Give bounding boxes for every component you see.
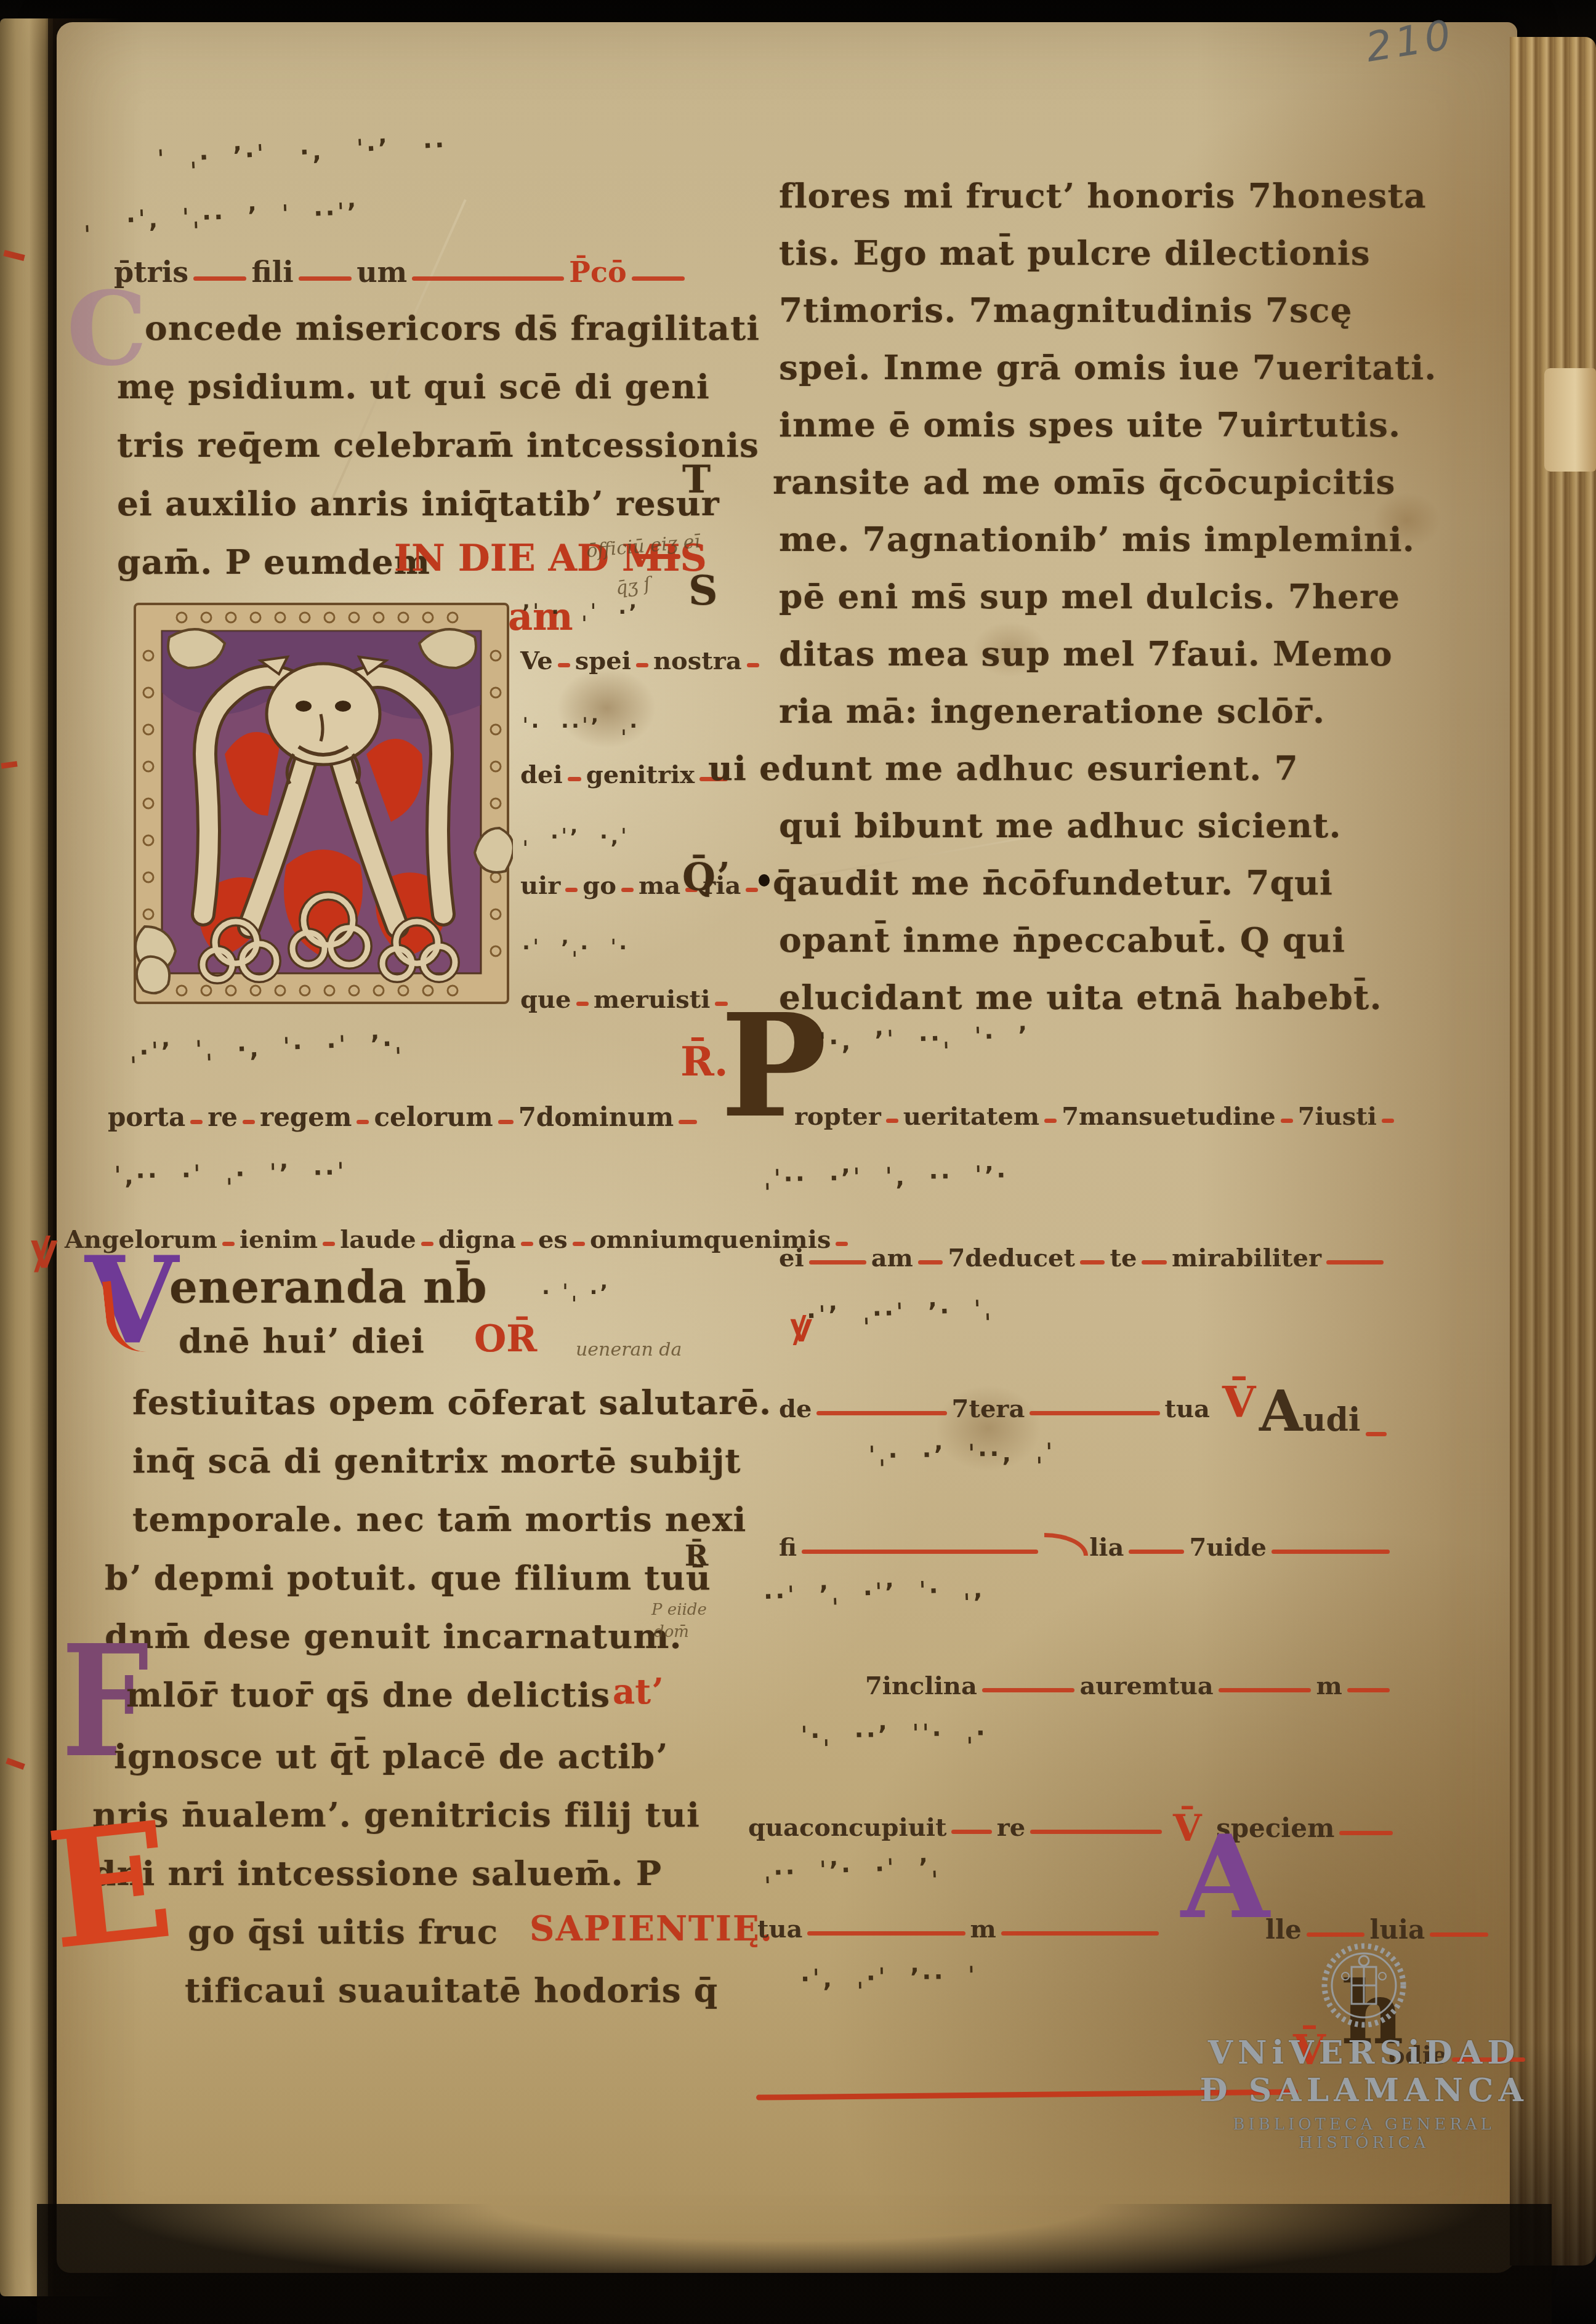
- lyric-word: ma: [639, 871, 680, 900]
- lyric-word: fi: [779, 1533, 797, 1562]
- text-line: elucidant me uita etnā habebt̄.: [779, 977, 1382, 1017]
- lyric-word: ienim: [240, 1225, 318, 1254]
- lyric-word: m: [970, 1915, 996, 1944]
- lyric-word: lia: [1089, 1533, 1124, 1562]
- neumes-row: ˌ ·ˈʼ ·‚ˈ: [522, 825, 629, 850]
- text-line: ransite ad me omīs q̄cōcupicitis: [773, 462, 1396, 502]
- lyric-word: ra: [996, 1394, 1025, 1423]
- lyric-word: 7de: [948, 1244, 997, 1273]
- lyric-word: um: [357, 255, 407, 289]
- lyric-word: dei: [520, 760, 563, 789]
- gloss-ueneranda: ueneran da: [576, 1339, 682, 1361]
- marginal-gloss: dom̄: [654, 1623, 689, 1641]
- lyric-word: celorum: [374, 1102, 493, 1132]
- text-line: opant̄ inme n̄peccabut̄. Q qui: [779, 920, 1345, 960]
- initial-E-red: E: [43, 1816, 178, 1956]
- lyric-word: tua: [1165, 1394, 1210, 1423]
- photo-background: 210 ˈ ˌ· ʼ·ˈ ·‚ ˈ·ʼ ·· ˌ ·ˈ‚ ˈˌ·· ʼ ˈ ··…: [0, 0, 1596, 2324]
- text-line: temporale. nec tam̄ mortis nexi: [132, 1499, 746, 1539]
- red-extension-line: [565, 888, 578, 892]
- red-extension-line: [1430, 1932, 1488, 1937]
- red-extension-line: [573, 1242, 585, 1246]
- rubric-oratio: OR̄: [474, 1317, 537, 1361]
- neumes-row: ˈ‚·· ·ˈ ˌ· ˈʼ ··ˈ: [114, 1159, 347, 1191]
- lyric-word: regem: [260, 1102, 352, 1132]
- lyric-line-propter: ropter uerita tem 7man sue tu dine 7iust…: [794, 1102, 1388, 1131]
- lyric-word: ropter: [794, 1102, 881, 1131]
- red-extension-line: [636, 663, 648, 667]
- text-line: pē eni ms̄ sup mel dulcis. 7here: [779, 576, 1400, 616]
- lyric-word: ter: [1281, 1244, 1321, 1273]
- red-extension-line: [746, 888, 758, 892]
- illuminated-initial-M: [132, 600, 513, 1010]
- red-extension-line: [357, 1120, 369, 1124]
- red-extension-line: [1382, 1119, 1394, 1123]
- text-line: mę psidium. ut qui scē di geni: [117, 366, 710, 406]
- red-versicle-mark: V̄: [1222, 1376, 1255, 1427]
- neumes-row: ʼˈ · ˌˈ ·ʼ: [522, 600, 639, 625]
- red-extension-line: [1129, 1550, 1184, 1554]
- lyric-word: spei: [575, 646, 631, 675]
- bottom-edge-shadow: [37, 2204, 1552, 2324]
- lyric-word: uerita: [903, 1102, 986, 1131]
- lyric-word: es: [538, 1225, 568, 1254]
- lyric-word: te: [1110, 1244, 1137, 1273]
- red-extension-line: [222, 1242, 235, 1246]
- lyric-word: de: [779, 1394, 812, 1423]
- margin-initial-Q: Q̄ʼ: [682, 854, 730, 899]
- lyric-word: cupi: [848, 1813, 908, 1842]
- red-extension-line: [1142, 1260, 1167, 1265]
- lyric-word: tua: [1168, 1671, 1213, 1700]
- rubric-at: atʼ: [613, 1671, 663, 1712]
- lyric-word: uir: [520, 871, 560, 900]
- text-line: q̄audit me n̄cōfundetur. 7qui: [773, 862, 1333, 903]
- text-line: inme ē omis spes uite 7uirtutis.: [779, 404, 1401, 444]
- text-line: ei auxilio anris iniq̄tatibʼ resur: [117, 483, 720, 523]
- red-extension-line: [193, 276, 246, 281]
- lyric-word: 7in: [865, 1671, 909, 1700]
- lyric-word: au: [1079, 1671, 1113, 1700]
- red-extension-line: [809, 1260, 866, 1265]
- red-extension-line: [951, 1830, 991, 1834]
- red-extension-line: [1366, 1432, 1387, 1436]
- text-line: inq̄ scā di genitrix mortē subijt: [132, 1441, 741, 1481]
- red-extension-line: [621, 888, 634, 892]
- lyric-line-porta-regem: por ta re regem celorum 7domi num: [108, 1102, 702, 1132]
- lyric-word: li: [1263, 1244, 1281, 1273]
- text-line: ria mā: ingeneratione sclōr̄.: [779, 691, 1325, 731]
- lyric-line-tuam: tu a m: [757, 1915, 1164, 1944]
- red-extension-line: [1030, 1411, 1159, 1415]
- neumes-row: ˌˈ·· ·ʼˈ ˈ‚ ·· ˈʼ·: [764, 1162, 1009, 1194]
- red-extension-line: [421, 1242, 433, 1246]
- neumes-row: ˈˌ· ·ʼ ˈ··‚ ˌˈ: [868, 1439, 1056, 1470]
- lyric-line-inclina: 7in cli na au rem tua m: [865, 1671, 1395, 1700]
- lyric-word: re: [208, 1102, 238, 1132]
- lyric-word: qua: [748, 1813, 799, 1842]
- lyric-word: uide: [1206, 1533, 1267, 1562]
- text-line: nris n̄ualemʼ. genitricis filij tui: [92, 1795, 700, 1835]
- text-line: festiuitas opem cōferat salutarē.: [132, 1382, 772, 1422]
- red-extension-line: [1307, 1932, 1365, 1937]
- red-extension-line: [1326, 1260, 1384, 1265]
- lyric-word: laude: [340, 1225, 416, 1254]
- lyric-word: bi: [1236, 1244, 1262, 1273]
- neumes-row: ·ˈ ʼˌ· ˈ·: [522, 936, 629, 960]
- lyric-word: omnium: [590, 1225, 704, 1254]
- text-line: bʼ depmi potuit. que filium tuū: [105, 1558, 711, 1598]
- lyric-line-dei-genitrix: dei genitrix: [520, 760, 733, 789]
- text-line: tificaui suauitatē hodoris q̄: [185, 1970, 718, 2010]
- neumes-row: · ˈˌ ·ʼ: [542, 1281, 610, 1305]
- lyric-word: m: [1316, 1671, 1342, 1700]
- rubric-pco: P̄cō: [569, 255, 626, 289]
- lyric-word: 7man: [1062, 1102, 1139, 1131]
- lyric-word: con: [799, 1813, 848, 1842]
- text-line: me. 7agnationibʼ mis implemini.: [779, 519, 1415, 559]
- watermark-line1: VNiVERSiDAD: [1173, 2034, 1555, 2072]
- lyric-word: meruisti: [594, 985, 710, 1014]
- neumes-row: ˈ· ··ˈʼ ˌ·: [522, 714, 640, 739]
- lyric-word: 7domi: [518, 1102, 609, 1132]
- red-extension-line: [816, 1411, 946, 1415]
- red-extension-line: [679, 1120, 697, 1124]
- red-extension-line: [299, 276, 352, 281]
- lyric-word: dine: [1215, 1102, 1276, 1131]
- university-seal-icon: [1318, 1939, 1410, 2032]
- text-line-veneranda: eneranda nb̄: [169, 1261, 488, 1313]
- text-line: dni nri intcessione saluem̄. P: [92, 1853, 662, 1893]
- red-extension-line: [323, 1242, 335, 1246]
- red-extension-line: [1219, 1688, 1312, 1692]
- lyric-word: a: [787, 1915, 803, 1944]
- red-extension-line: [412, 276, 564, 281]
- text-line: flores mi fructʼ honoris 7honesta: [779, 175, 1427, 215]
- red-extension-line: [498, 1120, 514, 1124]
- lyric-word-audi: Audi: [1259, 1379, 1392, 1444]
- lyric-word: digna: [438, 1225, 516, 1254]
- lyric-word: ta: [157, 1102, 186, 1132]
- lyric-word: Audi: [1259, 1379, 1361, 1444]
- watermark-line2: Ð SALAMANCA: [1173, 2072, 1555, 2109]
- red-extension-line: [1044, 1119, 1057, 1123]
- red-extension-line: [1347, 1688, 1390, 1692]
- margin-initial-S: S: [688, 566, 719, 614]
- lyric-word: uit: [908, 1813, 947, 1842]
- lyric-word: go: [582, 871, 616, 900]
- lyric-word: por: [108, 1102, 157, 1132]
- lyric-word: num: [609, 1102, 674, 1132]
- lyric-word: fili: [251, 255, 293, 289]
- marginal-gloss: P eiide: [651, 1601, 707, 1619]
- red-extension-line: [243, 1120, 255, 1124]
- lyric-line-etiam-deducet: ei am 7de ducet te mi ra bi li ter: [779, 1244, 1388, 1273]
- lyric-word: ra: [1207, 1244, 1236, 1273]
- text-line: spei. Inme grā omis iue 7ueritati.: [779, 347, 1437, 387]
- red-arc: [1044, 1533, 1088, 1556]
- facing-page-edge: [0, 18, 53, 2296]
- red-extension-line: [982, 1688, 1075, 1692]
- lyric-word: am: [871, 1244, 913, 1273]
- red-extension-line: [568, 777, 581, 781]
- lyric-line-filia-uide: fi lia 7 uide: [779, 1533, 1395, 1562]
- text-line: gam̄. P eumdem: [117, 542, 430, 582]
- lyric-line-que-meruisti: que meruisti: [520, 985, 733, 1014]
- library-watermark: VNiVERSiDAD Ð SALAMANCA BIBLIOTECA GENER…: [1173, 1939, 1555, 2152]
- lyric-word: mi: [1172, 1244, 1207, 1273]
- red-extension-line: [918, 1260, 943, 1265]
- red-extension-line: [1001, 1931, 1159, 1936]
- lyric-word: Ve: [520, 646, 553, 675]
- parchment-tab: [1544, 368, 1596, 472]
- text-line-dne: dnē huiʼ diei: [179, 1321, 425, 1361]
- lyric-line-ve-spei-nostra: Ve spei nostra: [520, 646, 733, 675]
- lyric-word: tu: [757, 1915, 787, 1944]
- margin-mark-R: R̄: [685, 1539, 709, 1572]
- rubric-sapientie: SAPIENTIĘ.: [530, 1908, 773, 1949]
- initial-C: C: [66, 288, 147, 369]
- lyric-word: 7iusti: [1298, 1102, 1377, 1131]
- text-line: mlōr̄ tuor̄ qs̄ dne delictis: [126, 1675, 610, 1715]
- text-line: ditas mea sup mel 7faui. Memo: [779, 633, 1393, 673]
- red-extension-line: [1339, 1831, 1393, 1835]
- red-extension-line: [1080, 1260, 1105, 1265]
- text-line: oncede misericors ds̄ fragilitati: [145, 308, 760, 348]
- text-line: ui edunt me adhuc esurient. 7: [708, 748, 1299, 788]
- red-extension-line: [802, 1550, 1038, 1554]
- red-extension-line: [807, 1931, 965, 1936]
- lyric-line-quam-concupiuit: qua con cupi uit re: [748, 1813, 1167, 1842]
- watermark-line3: BIBLIOTECA GENERAL HISTÓRICA: [1173, 2115, 1555, 2152]
- red-extension-line: [1281, 1119, 1293, 1123]
- lyric-line-patris-filium: p̄ tris fili um P̄cō: [114, 255, 690, 289]
- lyric-word: que: [520, 985, 571, 1014]
- lyric-word: tem: [986, 1102, 1039, 1131]
- red-extension-line: [558, 663, 570, 667]
- text-line: tis. Ego mat̄ pulcre dilectionis: [779, 233, 1371, 273]
- lyric-word: sue: [1139, 1102, 1186, 1131]
- red-extension-line: [886, 1119, 898, 1123]
- red-extension-line: [632, 276, 685, 281]
- text-line: dnm̄ dese genuit incarnatum.: [105, 1616, 682, 1656]
- lyric-word: genitrix: [586, 760, 695, 789]
- red-extension-line: [1272, 1550, 1390, 1554]
- red-extension-line: [1030, 1830, 1162, 1834]
- lyric-word: nostra: [653, 646, 742, 675]
- neumes-row: ˈ·ˌ ··ʼ ˈˈ· ˌ·: [800, 1719, 988, 1750]
- red-extension-line: [576, 1002, 589, 1006]
- red-extension-line: [521, 1242, 533, 1246]
- text-line: go q̄si uitis fruc: [188, 1912, 498, 1952]
- lyric-word: ducet: [998, 1244, 1075, 1273]
- lyric-line-dextera-tua: de 7te ra tua: [779, 1394, 1210, 1423]
- lyric-word: 7te: [952, 1394, 996, 1423]
- lyric-word: re: [997, 1813, 1026, 1842]
- text-line: 7timoris. 7magnitudinis 7scę: [779, 290, 1352, 330]
- text-line: ignosce ut q̄t̄ placē de actibʼ: [114, 1736, 667, 1776]
- lyric-word: A: [65, 1225, 84, 1254]
- text-line: qui bibunt me adhuc sicient.: [779, 805, 1342, 845]
- lyric-word: que: [704, 1225, 755, 1254]
- initial-A-purple: A: [1181, 1831, 1270, 1923]
- red-extension-line: [190, 1120, 203, 1124]
- lyric-word: tu: [1186, 1102, 1215, 1131]
- lyric-word: cli: [909, 1671, 943, 1700]
- text-line: tris req̄em celebram̄ intcessionis: [117, 425, 759, 465]
- red-extension-line: [747, 663, 759, 667]
- margin-initial-T: T: [682, 457, 711, 502]
- red-versicle-mark: ꝟ: [32, 1216, 56, 1281]
- lyric-word: rem: [1113, 1671, 1168, 1700]
- lyric-word: 7: [1189, 1533, 1206, 1562]
- neumes-row: ·ˈ‚ ˌ·ˈ ʼ·· ˈ: [800, 1962, 978, 1993]
- lyric-word: na: [943, 1671, 977, 1700]
- lyric-word: ei: [779, 1244, 804, 1273]
